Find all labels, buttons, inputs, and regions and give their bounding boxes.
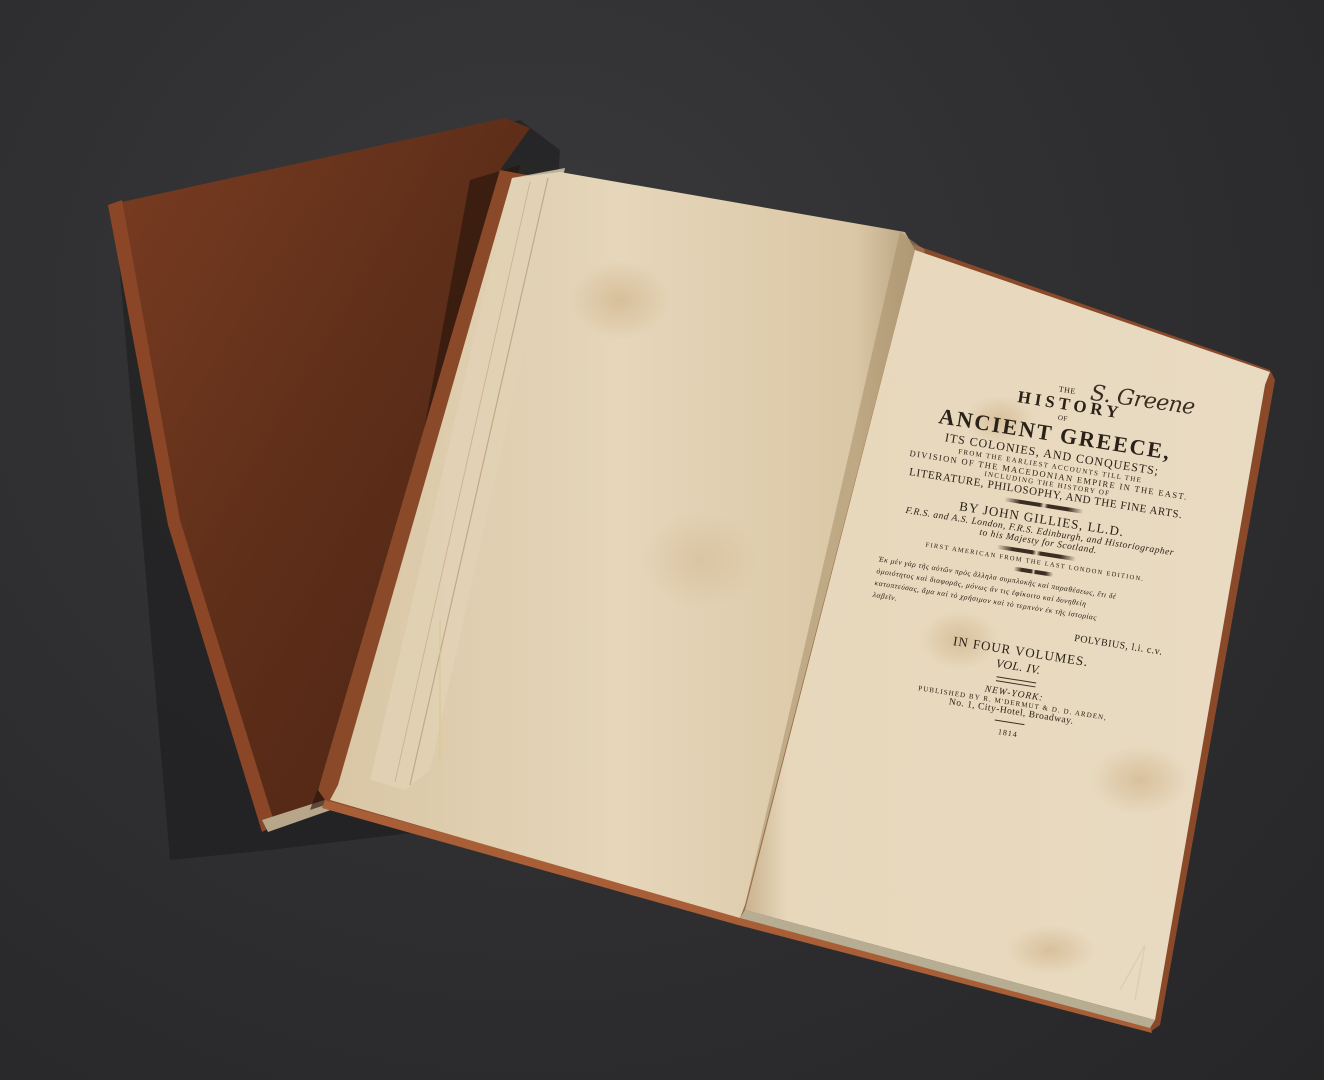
title-page-text: THE HISTORY OF ANCIENT GREECE, ITS COLON… — [849, 360, 1221, 763]
single-rule — [995, 719, 1025, 726]
photo-scene: S. Greene THE HISTORY OF ANCIENT GREECE,… — [0, 0, 1324, 1080]
double-rule — [996, 676, 1036, 687]
